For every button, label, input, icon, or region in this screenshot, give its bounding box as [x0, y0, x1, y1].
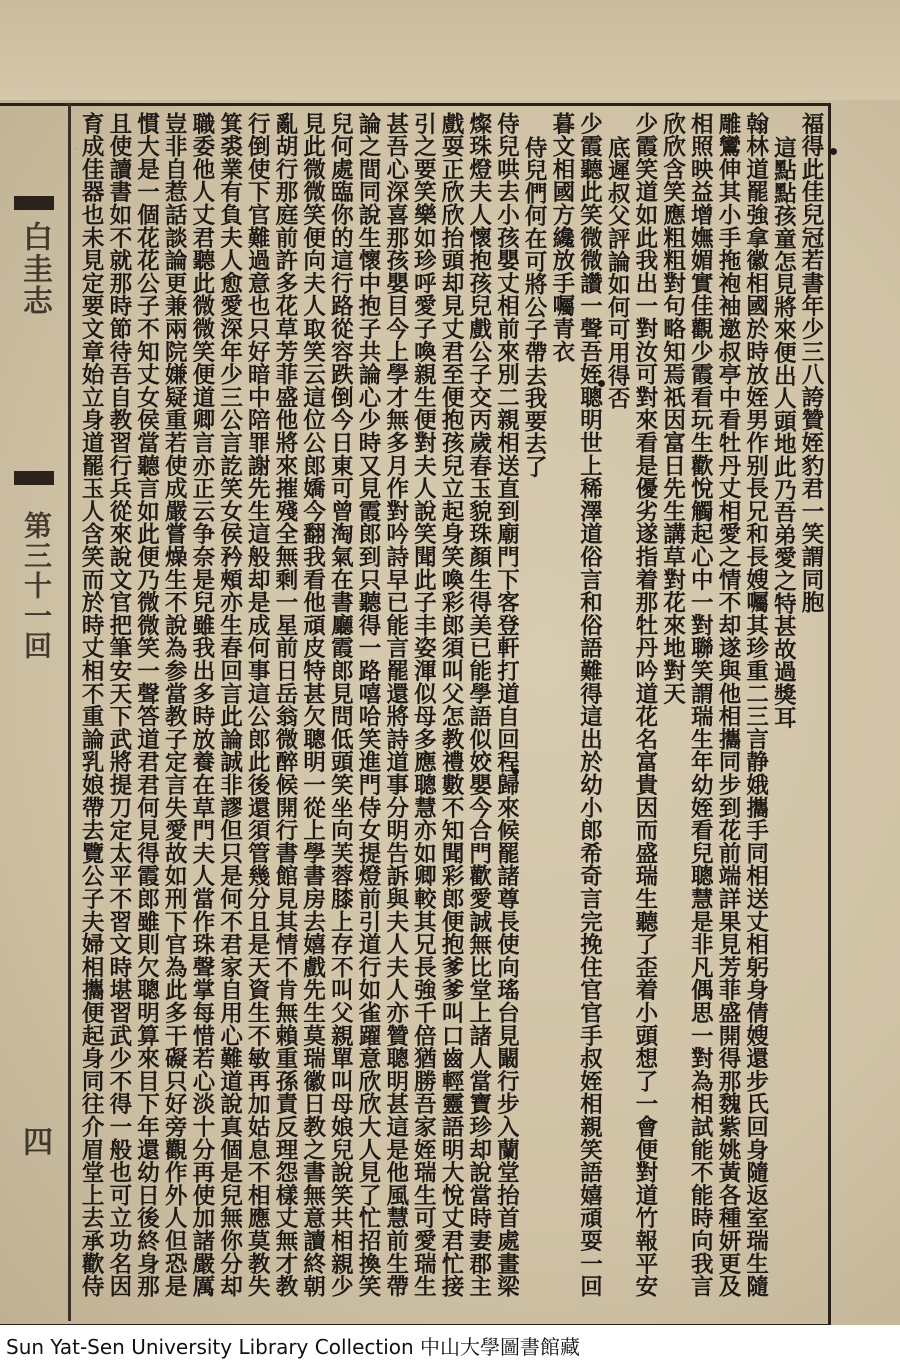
margin-book-title: 白圭志 — [12, 221, 56, 317]
punctuation-dot — [598, 380, 605, 387]
page-top-margin — [0, 0, 900, 100]
text-column: 引之要笑樂如珍呼愛子喚親生便對夫人說笑聞此子丰姿渾似母多應聰慧亦如卿較其兄長強千… — [409, 112, 437, 1312]
text-column: 相照映益增嫵媚實佳觀少霞看玩生歡悅觸起心中一對聯笑謂瑞生年幼姪看兒聰慧是非凡偶思… — [686, 112, 714, 1312]
text-column: 這點點孩童怎見將來便出人頭地此乃吾弟愛之特甚故過獎耳 — [769, 112, 797, 1312]
text-column: 侍兒們何在可將公子帶去我要去了 — [519, 112, 547, 1312]
book-page: 白圭志 第三十一回 四 福得此佳兒冠若書年少三八誇贊姪豹君一笑謂同胞 這點點孩童… — [0, 0, 900, 1325]
text-column: 福得此佳兒冠若書年少三八誇贊姪豹君一笑謂同胞 — [796, 112, 824, 1312]
punctuation-dot — [830, 148, 837, 155]
text-column: 少霞聽此笑微微讚一聲吾姪聰明世上稀澤道俗言和俗語難得這出於幼小郎希奇言完挽住官官… — [575, 112, 603, 1312]
margin-page-number: 四 — [12, 1126, 56, 1158]
library-watermark: Sun Yat-Sen University Library Collectio… — [0, 1325, 900, 1365]
page-margin-strip: 白圭志 第三十一回 四 — [0, 103, 68, 1327]
main-text-body: 福得此佳兒冠若書年少三八誇贊姪豹君一笑謂同胞 這點點孩童怎見將來便出人頭地此乃吾… — [74, 112, 824, 1312]
fish-tail-mark-bottom — [14, 471, 54, 485]
text-column: 戲耍正欣欣抬頭却見丈君至便抱孩兒立起身笑喚彩郎須叫父怎教禮數不知聞彩郎便抱爹爹叫… — [436, 112, 464, 1312]
text-column: 雕鸞伸其小手拖袍袖邀叔亭中看牡丹丈相愛之情不却遂與他相攜同步到花前端詳果見芳菲盛… — [713, 112, 741, 1312]
text-column: 暮文相國方纔放手囑青衣 — [547, 112, 575, 1312]
punctuation-dot — [512, 768, 519, 775]
text-column: 慣大是一個花花公子不知丈女侯當聽言如此便乃微微笑一聲答道君君何見得霞郎雖則欠聰明… — [132, 112, 160, 1312]
text-column: 職委他人丈君聽此微微笑便道卿言亦正云争奈是兒雖我出多時放養在草門夫人當作珠聲掌每… — [187, 112, 215, 1312]
text-column: 侍兒哄去小孩嬰丈相前來別二親相送直到廟門下客登軒打道自回程歸來候罷諸尊長使向瑤台… — [492, 112, 520, 1312]
text-column: 豈非自惹話談論更兼兩院嫌疑重若使成嚴嘗燥生不說為参當教子定言失愛故如刑下官為此多… — [160, 112, 188, 1312]
text-column: 行倒使下官難過意也只好暗中陪罪謝先生這般却是成何事這公郎此後還須管幾分且是天資生… — [243, 112, 271, 1312]
text-column: 見此微微笑便向夫人取笑云這位公郎嬌今翻我看他頑皮特甚欠聰明一從上學書房去嬉戲先生… — [298, 112, 326, 1312]
text-column: 少霞笑道如此我出一對汝可對來看是優劣遂指着那牡丹吟道花名富貴因而盛瑞生聽了歪着小… — [630, 112, 658, 1312]
text-column: 兒何處臨你的這行路從容跌倒今日東可曾淘氣在書廳霞郎見問低頭笑坐向芙蓉膝上存不叫父… — [326, 112, 354, 1312]
text-column: 且使讀書如不就那時節待吾自教習行兵從來說文官把筆安天下武將提刀定太平不習文時堪習… — [104, 112, 132, 1312]
fish-tail-mark-top — [14, 196, 54, 210]
text-column: 燦珠燈夫人懷抱孩兒戲公子交丙歲春玉貌珠顏生得美已能學語似姣嬰今合門歡愛誠無比堂上… — [464, 112, 492, 1312]
margin-chapter-label: 第三十一回 — [12, 511, 56, 661]
text-column: 論之間同說生懷中抱子共論心少時又見霞郎到只聽得一路嘻哈笑進門侍女提燈前引道行如雀… — [353, 112, 381, 1312]
text-column: 亂胡行那庭前許多花草芳菲盛他將來摧殘全無剩一星前日岳翁微醉候開行書館見其情不肯無… — [270, 112, 298, 1312]
text-column: 甚吾心深喜那孩嬰目今上學才無多月作對吟詩早已能言罷還將詩道事分明告訴與夫人夫人亦… — [381, 112, 409, 1312]
frame-divider-line — [68, 103, 71, 1321]
text-column: 育成佳器也未見定要文章始立身道罷玉人含笑而於時丈相不重論乳娘帶去覽公子夫婦相攜便… — [76, 112, 104, 1312]
text-column: 翰林道罷強拿徽相國於時放姪男作别長兄和長嫂囑其珍重二三言静娥攜手同相送丈相躬身倩… — [741, 112, 769, 1312]
text-column: 箕裘業有負夫人愈愛深年少三公言訖笑女侯矜頰亦生春回言此論誠非謬但只是何不君家自用… — [215, 112, 243, 1312]
text-column: 欣欣含笑應粗粗對句略知焉祇因富日先生講草對花來地對天 — [658, 112, 686, 1312]
text-column: 底遲叔父評論如何可用得否 — [603, 112, 631, 1312]
